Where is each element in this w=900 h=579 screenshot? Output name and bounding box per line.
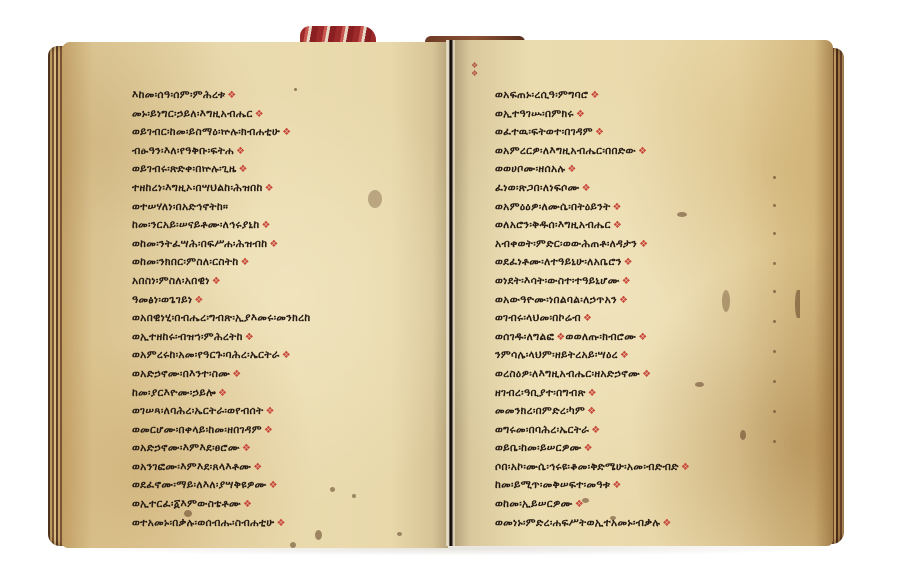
text-line: ወኢተርፈ፡፩እምውስቴቶሙ❖	[132, 495, 311, 514]
rubric-ornament-icon: ❖	[232, 369, 241, 380]
text-line: ከመ፡ይሚጥ፡መቅሠፍተ፡መዓቱ❖	[495, 476, 690, 495]
stain	[330, 487, 335, 492]
text-line: ወአበዊነሂ፡በብሔረ፡ግብጽ፡ኢያእመሩ፡መንክረከ	[132, 309, 311, 328]
text-line: ወተሠሃለነ፡በአድኅኖትከ።	[132, 198, 311, 217]
rubric-ornament-icon: ❖	[269, 239, 278, 250]
text-line: ንምሳሌ፡ላህም፡ዘይትረአይ፡ሣዕረ❖	[495, 346, 690, 365]
rubric-ornament-icon: ❖	[590, 90, 599, 101]
text-line: ወአምረርዎ፡ለእግዚአብሔር፡በበድው❖	[495, 142, 690, 161]
text-line: ወሰገዱ፡ለግልፎ❖ወወለጡ፡ክብሮሙ❖	[495, 328, 690, 347]
text-line: ወፈተዉ፡ፍትወተ፡በገዳም❖	[495, 123, 690, 142]
stain	[315, 530, 322, 540]
text-line: ወአድኃኖሙ፡እምእደ፡ፀሮሙ❖	[132, 439, 311, 458]
rubric-ornament-icon: ❖	[576, 109, 585, 120]
rubric-ornament-icon: ❖	[253, 462, 262, 473]
rubric-ornament-icon: ❖	[567, 164, 576, 175]
pricking-mark	[773, 440, 776, 443]
text-line: ወተአመኑ፡በቃሉ፡ወሰብሑ፡ስብሐቲሁ❖	[132, 514, 311, 533]
rubric-ornament-icon: ❖	[194, 295, 203, 306]
rubric-ornament-icon: ❖	[227, 90, 236, 101]
rubric-ornament-icon: ❖	[265, 183, 274, 194]
text-line: ወአውዓዮሙ፡ነበልባል፡ለኃጥአን❖	[495, 291, 690, 310]
rubric-ornament-icon: ❖	[681, 462, 690, 473]
rubric-ornament-icon: ❖	[639, 239, 648, 250]
text-line: ወኢተዓገሡ፡በምክሩ❖	[495, 105, 690, 124]
text-line: ወአምረሩከ፡አመ፡የዓርጉ፡ባሕረ፡ኤርትራ❖	[132, 346, 311, 365]
rubric-ornament-icon: ❖	[613, 220, 622, 231]
photo-scene: እከመ፡ሰዓ፡ሰም፡ምሕረቱ❖ መኑ፡ይነግር፡ኃይለ፡እግዚአብሔር❖ ወይገ…	[0, 0, 900, 579]
rubric-ornament-icon: ❖	[613, 202, 622, 213]
rubric-ornament-icon: ❖	[624, 257, 633, 268]
stain	[740, 430, 746, 440]
rubric-ornament-icon: ❖	[218, 388, 227, 399]
folio-mark: ❖ ❖	[471, 62, 478, 78]
stain	[722, 290, 730, 312]
rubric-ornament-icon: ❖	[236, 146, 245, 157]
text-line: ወከመ፡ንክበር፡ምስለ፡ርስትከ❖	[132, 253, 311, 272]
text-line: ከመ፡ያርእዮሙ፡ኃይሎ❖	[132, 384, 311, 403]
text-line: ወመነኑ፡ምድረ፡ሐፍሥትወኢተአመኑ፡ብቃሉ❖	[495, 514, 690, 533]
rubric-ornament-icon: ❖	[243, 499, 252, 510]
rubric-ornament-icon: ❖	[556, 332, 565, 343]
rubric-ornament-icon: ❖	[584, 443, 593, 454]
text-line: ወአንገፎሙ፡እምእደ፡ጸላእቶሙ❖	[132, 458, 311, 477]
rubric-ornament-icon: ❖	[622, 276, 631, 287]
rubric-ornament-icon: ❖	[582, 183, 591, 194]
rubric-ornament-icon: ❖	[212, 276, 221, 287]
pricking-mark	[773, 232, 776, 235]
text-line: ወኢተዘከሩ፡ብዝኀ፡ምሕረትከ❖	[132, 328, 311, 347]
stain	[352, 494, 356, 498]
rubric-ornament-icon: ❖	[255, 109, 264, 120]
text-line: ወደፈኖሙ፡ማይ፡ለእለ፡ያሣቅዩዎሙ❖	[132, 476, 311, 495]
text-line: ወይገብር፡ከመ፡ይስማዕ፡ኵሉ፡ክብሐቲሁ❖	[132, 123, 311, 142]
rubric-ornament-icon: ❖	[638, 146, 647, 157]
text-line: ወአፍጠኑ፡ረሲዓ፡ምግባሮ❖	[495, 86, 690, 105]
right-page-text: ወአፍጠኑ፡ረሲዓ፡ምግባሮ❖ ወኢተዓገሡ፡በምክሩ❖ ወፈተዉ፡ፍትወተ፡በ…	[495, 86, 690, 532]
text-line: ተዘከረነ፡እግዚኦ፡በሣህልከ፡ሕዝበከ❖	[132, 179, 311, 198]
text-line: ወከመ፡ኢይሠርዎሙ❖	[495, 495, 690, 514]
rubric-ornament-icon: ❖	[612, 480, 621, 491]
rubric-ornament-icon: ❖	[266, 406, 275, 417]
rubric-ornament-icon: ❖	[642, 369, 651, 380]
rubric-ornament-icon: ❖	[638, 332, 647, 343]
rubric-ornament-icon: ❖	[264, 425, 273, 436]
pricking-mark	[773, 320, 776, 323]
text-line: አበስነ፡ምስለ፡አበዊነ❖	[132, 272, 311, 291]
text-line: ዘገብረ፡ዓቢያተ፡በግብጽ❖	[495, 384, 690, 403]
rubric-ornament-icon: ❖	[241, 257, 250, 268]
rubric-ornament-icon: ❖	[662, 518, 671, 529]
stain	[290, 542, 296, 548]
pricking-mark	[773, 380, 776, 383]
pricking-mark	[773, 262, 776, 265]
rubric-ornament-icon: ❖	[575, 499, 584, 510]
stain	[368, 190, 382, 208]
text-line: ወግሩመ፡በባሕረ፡ኤርትራ❖	[495, 421, 690, 440]
pricking-mark	[773, 290, 776, 293]
text-line: ወይገብሩ፡ጽድቀ፡በኵሉ፡ጊዜ❖	[132, 160, 311, 179]
text-line: ወለአሮን፡ቅዱሰ፡እግዚአብሔር❖	[495, 216, 690, 235]
rubric-ornament-icon: ❖	[620, 350, 629, 361]
rubric-ornament-icon: ❖	[282, 350, 291, 361]
pricking-mark	[773, 350, 776, 353]
left-page: እከመ፡ሰዓ፡ሰም፡ምሕረቱ❖ መኑ፡ይነግር፡ኃይለ፡እግዚአብሔር❖ ወይገ…	[62, 42, 448, 548]
text-line: አብቀወት፡ምድር፡ወውሕጠቶ፡ለዳታን❖	[495, 235, 690, 254]
text-line: ብፁዓን፡እለ፡የዓቅቡ፡ፍትሐ❖	[132, 142, 311, 161]
rubric-ornament-icon: ❖	[591, 425, 600, 436]
text-line: ወአድኃኖሙ፡በእንተ፡ስሙ❖	[132, 365, 311, 384]
rubric-ornament-icon: ❖	[595, 127, 604, 138]
rubric-ornament-icon: ❖	[245, 332, 254, 343]
rubric-ornament-icon: ❖	[619, 295, 628, 306]
pricking-mark	[773, 410, 776, 413]
stain	[397, 532, 402, 536]
rubric-ornament-icon: ❖	[239, 164, 248, 175]
rubric-ornament-icon: ❖	[262, 220, 271, 231]
text-line: ከመ፡ንርአይ፡ሠናይቶሙ፡ለኅሩያኒከ❖	[132, 216, 311, 235]
text-line: ወመርሆሙ፡በቀላይ፡ከመ፡ዘበገዳም❖	[132, 421, 311, 440]
text-line: ወገሠጻ፡ለባሕረ፡ኤርትራ፡ወየብሰት❖	[132, 402, 311, 421]
pricking-mark	[773, 204, 776, 207]
text-line: ዓመፅነ፡ወጌገይነ❖	[132, 291, 311, 310]
text-line: ወወሀቦሙ፡ዘሰአሉ❖	[495, 160, 690, 179]
rubric-ornament-icon: ❖	[276, 518, 285, 529]
right-page: ❖ ❖ ወአፍጠኑ፡ረሲዓ፡ምግባሮ❖ ወኢተዓገሡ፡በምክሩ❖ ወፈተዉ፡ፍት…	[455, 40, 833, 546]
text-line: ፈነወ፡ጽጋበ፡ለነፍሶሙ❖	[495, 179, 690, 198]
stain	[795, 290, 800, 318]
rubric-ornament-icon: ❖	[242, 443, 251, 454]
text-line: ወከመ፡ንትፈሣሕ፡በፍሥሐ፡ሕዝብከ❖	[132, 235, 311, 254]
text-line: ወገብሩ፡ላህመ፡በኮሬብ❖	[495, 309, 690, 328]
rubric-ornament-icon: ❖	[583, 313, 592, 324]
text-line: ወደፈነቶሙ፡ለተዓይኒሁ፡ለአቤሮን❖	[495, 253, 690, 272]
rubric-ornament-icon: ❖	[587, 406, 596, 417]
text-line: መመንክረ፡በምድረ፡ካም❖	[495, 402, 690, 421]
stain	[695, 382, 704, 387]
text-line: እከመ፡ሰዓ፡ሰም፡ምሕረቱ❖	[132, 86, 311, 105]
text-line: መኑ፡ይነግር፡ኃይለ፡እግዚአብሔር❖	[132, 105, 311, 124]
text-line: ወረስዕዎ፡ለእግዚአብሔር፡ዘአድኃኖሙ❖	[495, 365, 690, 384]
rubric-ornament-icon: ❖	[269, 480, 278, 491]
text-line: ወነደት፡እሳት፡ውስተ፡ተዓይኒሆሙ❖	[495, 272, 690, 291]
pricking-mark	[773, 176, 776, 179]
text-line: ወአምዕዕዎ፡ለሙሴ፡በትዕይንት❖	[495, 198, 690, 217]
rubric-ornament-icon: ❖	[282, 127, 291, 138]
text-line: ወይቤ፡ከመ፡ይሠርዎሙ❖	[495, 439, 690, 458]
text-line: ሶበ፡አኮ፡ሙሴ፡ኅሩዩ፡ቆመ፡ቅድሜሁ፡አመ፡ብድብድ❖	[495, 458, 690, 477]
left-page-text: እከመ፡ሰዓ፡ሰም፡ምሕረቱ❖ መኑ፡ይነግር፡ኃይለ፡እግዚአብሔር❖ ወይገ…	[132, 86, 311, 532]
rubric-ornament-icon: ❖	[588, 388, 597, 399]
